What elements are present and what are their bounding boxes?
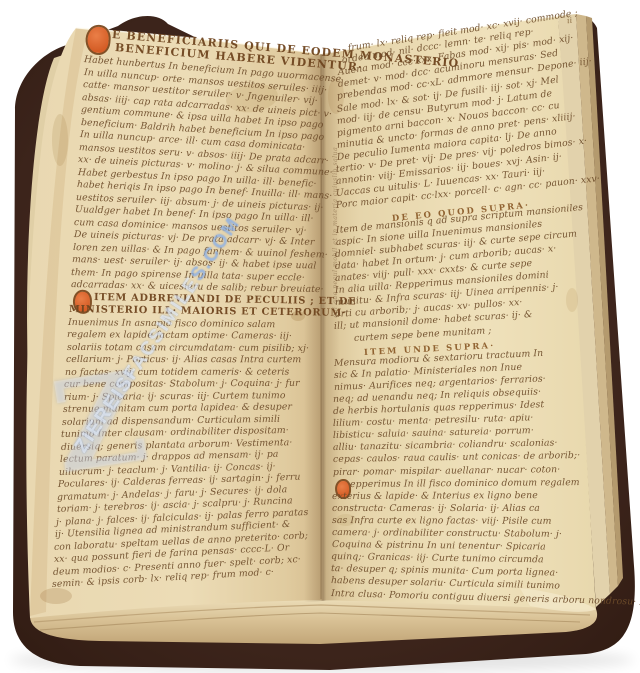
book-illustration <box>0 0 640 673</box>
parchment-stain <box>40 588 72 604</box>
parchment-stain <box>566 288 578 312</box>
parchment-stain <box>291 311 305 321</box>
parchment-stain <box>52 114 68 166</box>
parchment-stain <box>328 78 344 114</box>
right-page <box>321 16 596 610</box>
parchment-stain <box>336 514 356 526</box>
gutter-shadow <box>304 50 340 602</box>
manuscript-photo: E BENEFICIARIIS QUI DE EODEM MONASTERIOB… <box>0 0 640 673</box>
